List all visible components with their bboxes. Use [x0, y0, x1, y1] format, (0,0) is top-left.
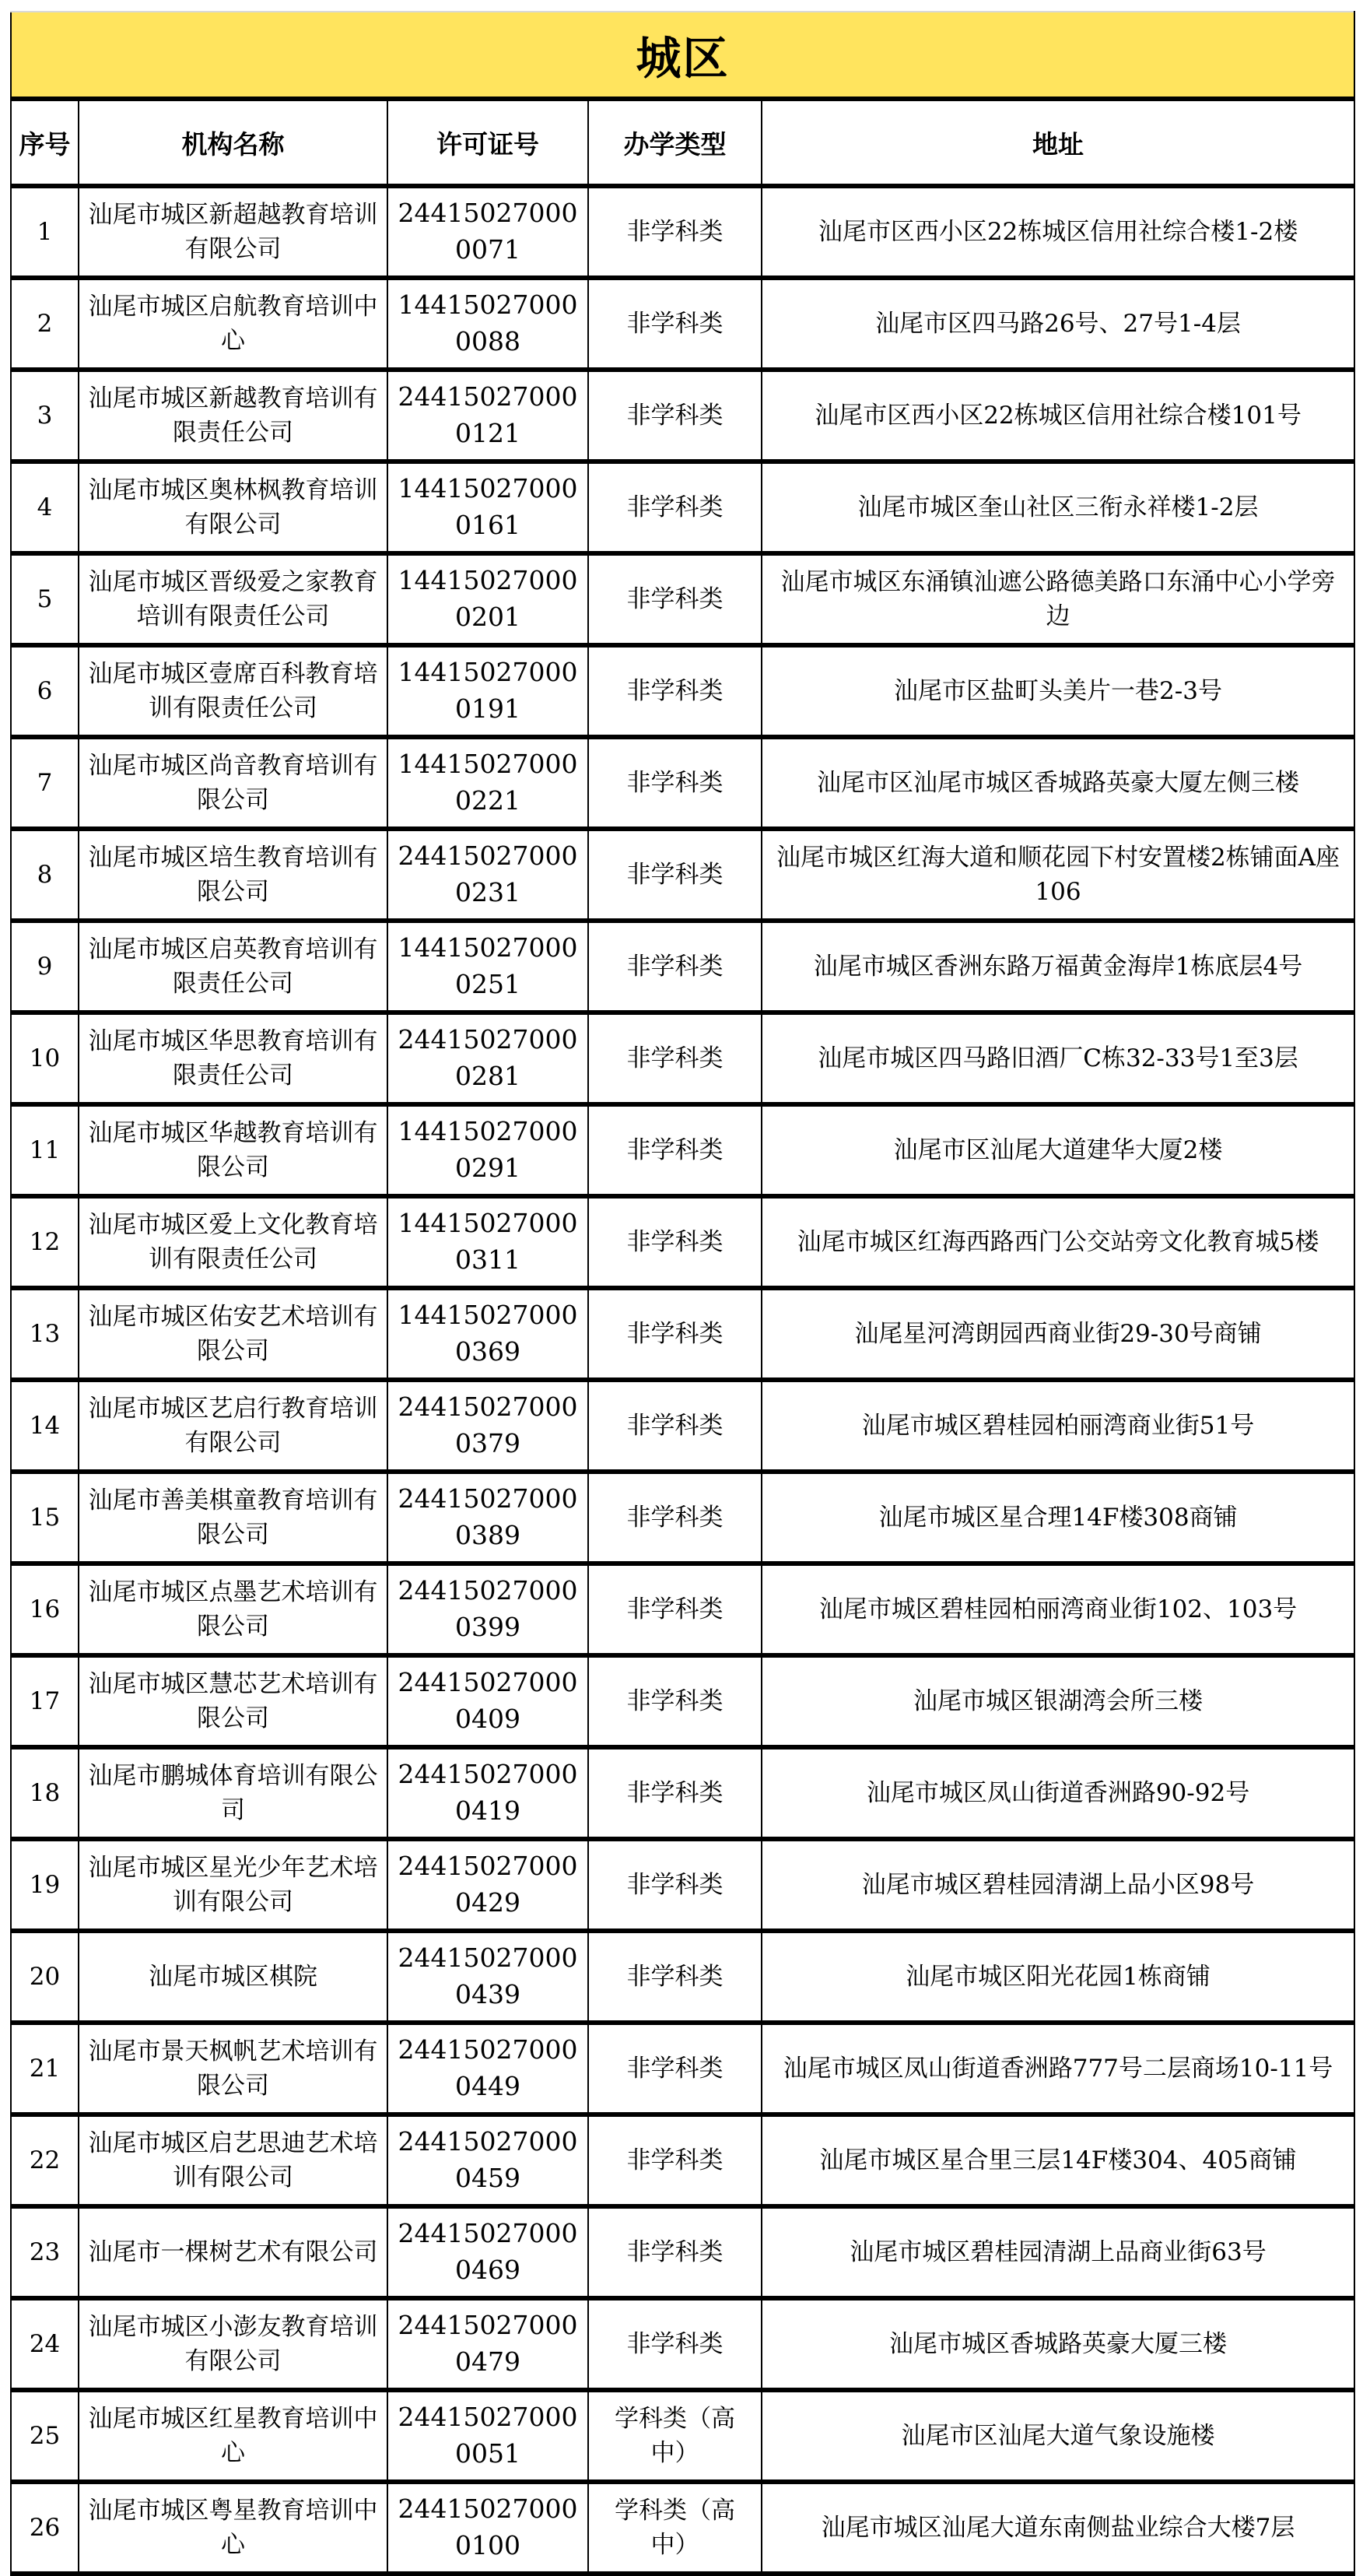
- table-row: 2 汕尾市城区启航教育培训中心 144150270000088 非学科类 汕尾市…: [11, 278, 1354, 370]
- row-index-cell: 2: [11, 278, 79, 370]
- institution-name-cell: 汕尾市城区壹席百科教育培训有限责任公司: [79, 645, 387, 737]
- institution-name-cell: 汕尾市城区尚音教育培训有限公司: [79, 737, 387, 829]
- license-number-cell: 244150270000469: [387, 2206, 588, 2298]
- row-index-cell: 11: [11, 1104, 79, 1196]
- license-number-cell: 244150270000389: [387, 1472, 588, 1563]
- license-number-cell: 144150270000251: [387, 921, 588, 1013]
- license-number-cell: 244150270000419: [387, 1747, 588, 1839]
- license-number-cell: 144150270000291: [387, 1104, 588, 1196]
- license-number-cell: 144150270000088: [387, 278, 588, 370]
- table-row: 15 汕尾市善美棋童教育培训有限公司 244150270000389 非学科类 …: [11, 1472, 1354, 1563]
- license-number-cell: 144150270000369: [387, 1288, 588, 1380]
- table-row: 20 汕尾市城区棋院 244150270000439 非学科类 汕尾市城区阳光花…: [11, 1931, 1354, 2023]
- address-cell: 汕尾市城区凤山街道香洲路90-92号: [762, 1747, 1354, 1839]
- license-number-cell: 244150270000100: [387, 2482, 588, 2574]
- address-cell: 汕尾市城区碧桂园清湖上品商业街63号: [762, 2206, 1354, 2298]
- institution-name-cell: 汕尾市城区启英教育培训有限责任公司: [79, 921, 387, 1013]
- license-number-cell: 244150270000231: [387, 829, 588, 921]
- license-number-cell: 244150270000439: [387, 1931, 588, 2023]
- table-row: 9 汕尾市城区启英教育培训有限责任公司 144150270000251 非学科类…: [11, 921, 1354, 1013]
- school-type-cell: 非学科类: [588, 1196, 762, 1288]
- row-index-cell: 15: [11, 1472, 79, 1563]
- address-cell: 汕尾市城区阳光花园1栋商铺: [762, 1931, 1354, 2023]
- license-number-cell: 244150270000449: [387, 2023, 588, 2114]
- address-cell: 汕尾市区四马路26号、27号1-4层: [762, 278, 1354, 370]
- school-type-cell: 非学科类: [588, 1563, 762, 1655]
- row-index-cell: 22: [11, 2114, 79, 2206]
- license-number-cell: 244150270000399: [387, 1563, 588, 1655]
- license-number-cell: 244150270000121: [387, 370, 588, 462]
- address-cell: 汕尾市城区碧桂园清湖上品小区98号: [762, 1839, 1354, 1931]
- institution-name-cell: 汕尾市鹏城体育培训有限公司: [79, 1747, 387, 1839]
- row-index-cell: 4: [11, 462, 79, 553]
- school-type-cell: 非学科类: [588, 645, 762, 737]
- address-cell: 汕尾市城区碧桂园柏丽湾商业街51号: [762, 1380, 1354, 1472]
- address-cell: 汕尾市城区银湖湾会所三楼: [762, 1655, 1354, 1747]
- address-cell: 汕尾市城区红海大道和顺花园下村安置楼2栋铺面A座106: [762, 829, 1354, 921]
- license-number-cell: 144150270000201: [387, 553, 588, 645]
- col-header-license: 许可证号: [387, 99, 588, 186]
- address-cell: 汕尾市城区香洲东路万福黄金海岸1栋底层4号: [762, 921, 1354, 1013]
- table-row: 18 汕尾市鹏城体育培训有限公司 244150270000419 非学科类 汕尾…: [11, 1747, 1354, 1839]
- table-row: 17 汕尾市城区慧芯艺术培训有限公司 244150270000409 非学科类 …: [11, 1655, 1354, 1747]
- table-row: 4 汕尾市城区奥林枫教育培训有限公司 144150270000161 非学科类 …: [11, 462, 1354, 553]
- row-index-cell: 26: [11, 2482, 79, 2574]
- license-number-cell: 244150270000379: [387, 1380, 588, 1472]
- institution-name-cell: 汕尾市城区慧芯艺术培训有限公司: [79, 1655, 387, 1747]
- table-row: 12 汕尾市城区爱上文化教育培训有限责任公司 144150270000311 非…: [11, 1196, 1354, 1288]
- institution-name-cell: 汕尾市城区艺启行教育培训有限公司: [79, 1380, 387, 1472]
- institution-name-cell: 汕尾市城区启航教育培训中心: [79, 278, 387, 370]
- license-number-cell: 244150270000459: [387, 2114, 588, 2206]
- school-type-cell: 非学科类: [588, 278, 762, 370]
- school-type-cell: 非学科类: [588, 1747, 762, 1839]
- address-cell: 汕尾市城区奎山社区三衔永祥楼1-2层: [762, 462, 1354, 553]
- table-row: 24 汕尾市城区小澎友教育培训有限公司 244150270000479 非学科类…: [11, 2298, 1354, 2390]
- page-title: 城区: [11, 12, 1354, 99]
- table-row: 7 汕尾市城区尚音教育培训有限公司 144150270000221 非学科类 汕…: [11, 737, 1354, 829]
- license-number-cell: 144150270000221: [387, 737, 588, 829]
- table-row: 21 汕尾市景天枫帆艺术培训有限公司 244150270000449 非学科类 …: [11, 2023, 1354, 2114]
- institution-name-cell: 汕尾市城区华思教育培训有限责任公司: [79, 1013, 387, 1104]
- license-number-cell: 244150270000071: [387, 186, 588, 278]
- table-row: 6 汕尾市城区壹席百科教育培训有限责任公司 144150270000191 非学…: [11, 645, 1354, 737]
- address-cell: 汕尾市城区汕尾大道东南侧盐业综合大楼7层: [762, 2482, 1354, 2574]
- address-cell: 汕尾市城区凤山街道香洲路777号二层商场10-11号: [762, 2023, 1354, 2114]
- table-row: 8 汕尾市城区培生教育培训有限公司 244150270000231 非学科类 汕…: [11, 829, 1354, 921]
- institution-name-cell: 汕尾市善美棋童教育培训有限公司: [79, 1472, 387, 1563]
- school-type-cell: 非学科类: [588, 1380, 762, 1472]
- table-row: 1 汕尾市城区新超越教育培训有限公司 244150270000071 非学科类 …: [11, 186, 1354, 278]
- school-type-cell: 非学科类: [588, 1288, 762, 1380]
- institution-name-cell: 汕尾市城区佑安艺术培训有限公司: [79, 1288, 387, 1380]
- table-row: 25 汕尾市城区红星教育培训中心 244150270000051 学科类（高中）…: [11, 2390, 1354, 2482]
- school-type-cell: 非学科类: [588, 2298, 762, 2390]
- license-number-cell: 144150270000161: [387, 462, 588, 553]
- school-type-cell: 非学科类: [588, 553, 762, 645]
- institution-name-cell: 汕尾市城区新超越教育培训有限公司: [79, 186, 387, 278]
- school-type-cell: 非学科类: [588, 2206, 762, 2298]
- school-type-cell: 非学科类: [588, 737, 762, 829]
- institution-name-cell: 汕尾市城区爱上文化教育培训有限责任公司: [79, 1196, 387, 1288]
- row-index-cell: 12: [11, 1196, 79, 1288]
- title-row: 城区: [11, 12, 1354, 99]
- school-type-cell: 非学科类: [588, 186, 762, 278]
- school-type-cell: 非学科类: [588, 921, 762, 1013]
- address-cell: 汕尾市城区四马路旧酒厂C栋32-33号1至3层: [762, 1013, 1354, 1104]
- school-type-cell: 非学科类: [588, 2023, 762, 2114]
- institutions-table: 城区 序号 机构名称 许可证号 办学类型 地址 1 汕尾市城区新超越教育培训有限…: [10, 11, 1355, 2576]
- row-index-cell: 7: [11, 737, 79, 829]
- table-row: 10 汕尾市城区华思教育培训有限责任公司 244150270000281 非学科…: [11, 1013, 1354, 1104]
- row-index-cell: 6: [11, 645, 79, 737]
- institution-name-cell: 汕尾市城区启艺思迪艺术培训有限公司: [79, 2114, 387, 2206]
- license-number-cell: 144150270000311: [387, 1196, 588, 1288]
- address-cell: 汕尾市城区星合理14F楼308商铺: [762, 1472, 1354, 1563]
- school-type-cell: 非学科类: [588, 1839, 762, 1931]
- row-index-cell: 3: [11, 370, 79, 462]
- table-header-row: 序号 机构名称 许可证号 办学类型 地址: [11, 99, 1354, 186]
- address-cell: 汕尾市区汕尾市城区香城路英豪大厦左侧三楼: [762, 737, 1354, 829]
- school-type-cell: 学科类（高中）: [588, 2390, 762, 2482]
- institution-name-cell: 汕尾市城区粤星教育培训中心: [79, 2482, 387, 2574]
- table-row: 26 汕尾市城区粤星教育培训中心 244150270000100 学科类（高中）…: [11, 2482, 1354, 2574]
- row-index-cell: 13: [11, 1288, 79, 1380]
- school-type-cell: 非学科类: [588, 2114, 762, 2206]
- address-cell: 汕尾星河湾朗园西商业街29-30号商铺: [762, 1288, 1354, 1380]
- license-number-cell: 144150270000191: [387, 645, 588, 737]
- address-cell: 汕尾市区盐町头美片一巷2-3号: [762, 645, 1354, 737]
- row-index-cell: 20: [11, 1931, 79, 2023]
- row-index-cell: 21: [11, 2023, 79, 2114]
- school-type-cell: 非学科类: [588, 829, 762, 921]
- institution-name-cell: 汕尾市一棵树艺术有限公司: [79, 2206, 387, 2298]
- school-type-cell: 非学科类: [588, 1472, 762, 1563]
- license-number-cell: 244150270000479: [387, 2298, 588, 2390]
- table-row: 13 汕尾市城区佑安艺术培训有限公司 144150270000369 非学科类 …: [11, 1288, 1354, 1380]
- address-cell: 汕尾市区汕尾大道建华大厦2楼: [762, 1104, 1354, 1196]
- table-row: 23 汕尾市一棵树艺术有限公司 244150270000469 非学科类 汕尾市…: [11, 2206, 1354, 2298]
- institution-name-cell: 汕尾市城区奥林枫教育培训有限公司: [79, 462, 387, 553]
- document-sheet: 城区 序号 机构名称 许可证号 办学类型 地址 1 汕尾市城区新超越教育培训有限…: [10, 11, 1354, 2576]
- col-header-index: 序号: [11, 99, 79, 186]
- table-row: 19 汕尾市城区星光少年艺术培训有限公司 244150270000429 非学科…: [11, 1839, 1354, 1931]
- address-cell: 汕尾市区西小区22栋城区信用社综合楼1-2楼: [762, 186, 1354, 278]
- school-type-cell: 非学科类: [588, 1931, 762, 2023]
- address-cell: 汕尾市城区红海西路西门公交站旁文化教育城5楼: [762, 1196, 1354, 1288]
- address-cell: 汕尾市区西小区22栋城区信用社综合楼101号: [762, 370, 1354, 462]
- address-cell: 汕尾市城区星合里三层14F楼304、405商铺: [762, 2114, 1354, 2206]
- table-row: 22 汕尾市城区启艺思迪艺术培训有限公司 244150270000459 非学科…: [11, 2114, 1354, 2206]
- institution-name-cell: 汕尾市城区华越教育培训有限公司: [79, 1104, 387, 1196]
- institution-name-cell: 汕尾市城区棋院: [79, 1931, 387, 2023]
- school-type-cell: 非学科类: [588, 462, 762, 553]
- row-index-cell: 19: [11, 1839, 79, 1931]
- institution-name-cell: 汕尾市城区新越教育培训有限责任公司: [79, 370, 387, 462]
- school-type-cell: 非学科类: [588, 1655, 762, 1747]
- table-row: 14 汕尾市城区艺启行教育培训有限公司 244150270000379 非学科类…: [11, 1380, 1354, 1472]
- address-cell: 汕尾市区汕尾大道气象设施楼: [762, 2390, 1354, 2482]
- row-index-cell: 14: [11, 1380, 79, 1472]
- row-index-cell: 18: [11, 1747, 79, 1839]
- row-index-cell: 23: [11, 2206, 79, 2298]
- address-cell: 汕尾市城区碧桂园柏丽湾商业街102、103号: [762, 1563, 1354, 1655]
- school-type-cell: 非学科类: [588, 370, 762, 462]
- school-type-cell: 非学科类: [588, 1104, 762, 1196]
- institution-name-cell: 汕尾市城区红星教育培训中心: [79, 2390, 387, 2482]
- institution-name-cell: 汕尾市城区小澎友教育培训有限公司: [79, 2298, 387, 2390]
- license-number-cell: 244150270000051: [387, 2390, 588, 2482]
- address-cell: 汕尾市城区香城路英豪大厦三楼: [762, 2298, 1354, 2390]
- row-index-cell: 10: [11, 1013, 79, 1104]
- row-index-cell: 9: [11, 921, 79, 1013]
- table-row: 3 汕尾市城区新越教育培训有限责任公司 244150270000121 非学科类…: [11, 370, 1354, 462]
- institution-name-cell: 汕尾市城区点墨艺术培训有限公司: [79, 1563, 387, 1655]
- col-header-name: 机构名称: [79, 99, 387, 186]
- table-row: 5 汕尾市城区晋级爱之家教育培训有限责任公司 144150270000201 非…: [11, 553, 1354, 645]
- row-index-cell: 1: [11, 186, 79, 278]
- row-index-cell: 24: [11, 2298, 79, 2390]
- col-header-type: 办学类型: [588, 99, 762, 186]
- table-row: 16 汕尾市城区点墨艺术培训有限公司 244150270000399 非学科类 …: [11, 1563, 1354, 1655]
- table-row: 11 汕尾市城区华越教育培训有限公司 144150270000291 非学科类 …: [11, 1104, 1354, 1196]
- license-number-cell: 244150270000281: [387, 1013, 588, 1104]
- license-number-cell: 244150270000409: [387, 1655, 588, 1747]
- table-body: 1 汕尾市城区新超越教育培训有限公司 244150270000071 非学科类 …: [11, 186, 1354, 2574]
- license-number-cell: 244150270000429: [387, 1839, 588, 1931]
- col-header-address: 地址: [762, 99, 1354, 186]
- row-index-cell: 16: [11, 1563, 79, 1655]
- row-index-cell: 5: [11, 553, 79, 645]
- address-cell: 汕尾市城区东涌镇汕遮公路德美路口东涌中心小学旁边: [762, 553, 1354, 645]
- row-index-cell: 25: [11, 2390, 79, 2482]
- institution-name-cell: 汕尾市城区培生教育培训有限公司: [79, 829, 387, 921]
- school-type-cell: 非学科类: [588, 1013, 762, 1104]
- row-index-cell: 8: [11, 829, 79, 921]
- school-type-cell: 学科类（高中）: [588, 2482, 762, 2574]
- institution-name-cell: 汕尾市城区星光少年艺术培训有限公司: [79, 1839, 387, 1931]
- row-index-cell: 17: [11, 1655, 79, 1747]
- institution-name-cell: 汕尾市城区晋级爱之家教育培训有限责任公司: [79, 553, 387, 645]
- institution-name-cell: 汕尾市景天枫帆艺术培训有限公司: [79, 2023, 387, 2114]
